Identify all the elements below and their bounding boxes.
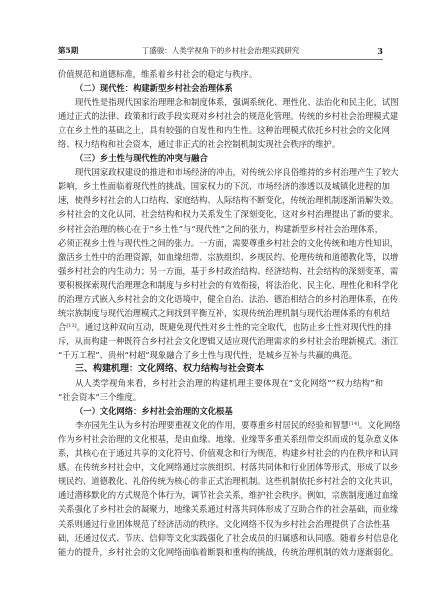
text-line: 关系强化了乡村社会的凝聚力，地缘关系通过村落共同体形成了互助合作的社会基础，而业…	[58, 502, 383, 516]
subsection-heading: （三）乡土性与现代性的冲突与融合	[58, 151, 383, 165]
text-line: 乡村社会的文化认同、社会结构和权力关系发生了深刻变化，这对乡村治理提出了新的要求…	[58, 207, 383, 221]
text-line: 通过正式的法律、政策和行政手段实现对乡村社会的规范化管理。传统的乡村社会治理模式…	[58, 109, 383, 123]
text-line: 李亦园先生认为乡村治理要重视文化的作用，要尊重乡村居民的经验和智慧[14]。文化…	[58, 418, 383, 432]
text-fragment: 。通过这种双向互动，既避免现代性对乡土性的完全取代，也防止乡土性对现代性的排	[77, 322, 392, 332]
text-line: 速，使得乡村社会的人口结构、家庭结构、人际结构不断变化，传统治理机制逐渐消解失效…	[58, 193, 383, 207]
text-line: 系，其核心在于通过共享的文化符号、价值观念和行为规范，构建乡村社会的内在秩序和认…	[58, 446, 383, 460]
text-line: 感。在传统乡村社会中，文化网络通过宗族组织、村落共同体和行业团体等形式，形成了以…	[58, 460, 383, 474]
text-line: 影响，乡土性面临着现代性的挑战。国家权力的下沉、市场经济的渗透以及城镇化进程的加	[58, 179, 383, 193]
subsection-heading: （一）文化网络：乡村社会治理的文化根基	[58, 404, 383, 418]
text-line: 作为乡村社会治理的文化根基，是由血缘、地缘、业缘等多重关系纽带交织而成的复杂意义…	[58, 432, 383, 446]
article-body: 价值规范和道德标准，维系着乡村社会的稳定与秩序。（二）现代性：构建新型乡村社会治…	[58, 67, 383, 559]
running-header: 第5期 丁盛骏：人类学视角下的乡村社会治理实践研究 3	[58, 44, 383, 58]
section-heading: 三、构建机理：文化网络、权力结构与社会资本	[58, 362, 383, 376]
text-fragment: 李亦园先生认为乡村治理要重视文化的作用，要尊重乡村居民的经验和智慧	[75, 420, 349, 430]
text-line: 斥，从而构建一种既符合乡村社会文化逻辑又适应现代治理需求的乡村社会治理新模式。浙…	[58, 334, 383, 348]
text-line: 立在乡土性的基础之上，具有较强的自发性和内生性。这种治理模式依托乡村社会的文化网	[58, 123, 383, 137]
text-fragment: 。文化网络	[359, 420, 401, 430]
text-line: “千万工程”、贵州“村超”现象融合了乡土性与现代性，是城乡互补与共赢的典范。	[58, 348, 383, 362]
text-line: 统宗族制度与现代治理模式之间找到平衡互补，实现传统治理机制与现代治理体系的有机结	[58, 306, 383, 320]
text-line: 从人类学视角来看，乡村社会治理的构建机理主要体现在“文化网络”“权力结构”和	[58, 376, 383, 390]
text-line: 价值规范和道德标准，维系着乡村社会的稳定与秩序。	[58, 67, 383, 81]
text-line: “社会资本”三个维度。	[58, 390, 383, 404]
text-line: 规民约、道德教化、礼俗传统为核心的非正式治理机制。这些机制依托乡村社会的文化共识…	[58, 474, 383, 488]
text-line: 激活乡土性中的治理资源，如血缘纽带、宗族组织、乡规民约、伦理传统和道德教化等，以…	[58, 250, 383, 264]
text-line: 现代国家政权建设的推进和市场经济的冲击，对传统公序良俗维持的乡村治理产生了较大	[58, 165, 383, 179]
text-line: 要积极探索现代治理理念和制度与乡村社会的有效衔接，将法治化、民主化、理性化和科学…	[58, 278, 383, 292]
page-number: 3	[377, 44, 383, 58]
text-line: 的治理方式嵌入乡村社会的文化语境中，健全自治、法治、德治相结合的乡村治理体系，在…	[58, 292, 383, 306]
text-line: 能力的提升，乡村社会的文化网络面临着断裂和重构的挑战，传统治理机制的效力逐渐弱化…	[58, 545, 383, 559]
text-line: 乡村社会治理的核心在于“乡土性”与“现代性”之间的张力，构建新型乡村社会治理体系…	[58, 222, 383, 236]
text-line: 合[13]。通过这种双向互动，既避免现代性对乡土性的完全取代，也防止乡土性对现代…	[58, 320, 383, 334]
citation-ref[interactable]: [13]	[66, 323, 76, 329]
text-line: 通过潜移默化的方式规范个体行为，调节社会关系，维护社会秩序。例如，宗族制度通过血…	[58, 488, 383, 502]
text-line: 必须正视乡土性与现代性之间的张力。一方面，需要尊重乡村社会的文化传统和地方性知识…	[58, 236, 383, 250]
text-line: 关系则通过行业团体规范了经济活动的秩序。文化网络不仅为乡村社会治理提供了合法性基	[58, 517, 383, 531]
subsection-heading: （二）现代性：构建新型乡村社会治理体系	[58, 81, 383, 95]
text-line: 络、权力结构和社会资本，通过非正式的社会控制机制实现社会秩序的维护。	[58, 137, 383, 151]
text-line: 强乡村社会的内生动力；另一方面，基于乡村政治结构、经济结构、社会结构的深刻变革，…	[58, 264, 383, 278]
text-line: 础，还通过仪式、节庆、信仰等文化实践强化了社会成员的归属感和认同感。随着乡村信息…	[58, 531, 383, 545]
citation-ref[interactable]: [14]	[349, 421, 359, 427]
running-title: 丁盛骏：人类学视角下的乡村社会治理实践研究	[58, 44, 383, 58]
header-rule	[58, 59, 383, 60]
text-line: 现代性是指现代国家治理理念和制度体系，强调系统化、理性化、法治化和民主化，试图	[58, 95, 383, 109]
